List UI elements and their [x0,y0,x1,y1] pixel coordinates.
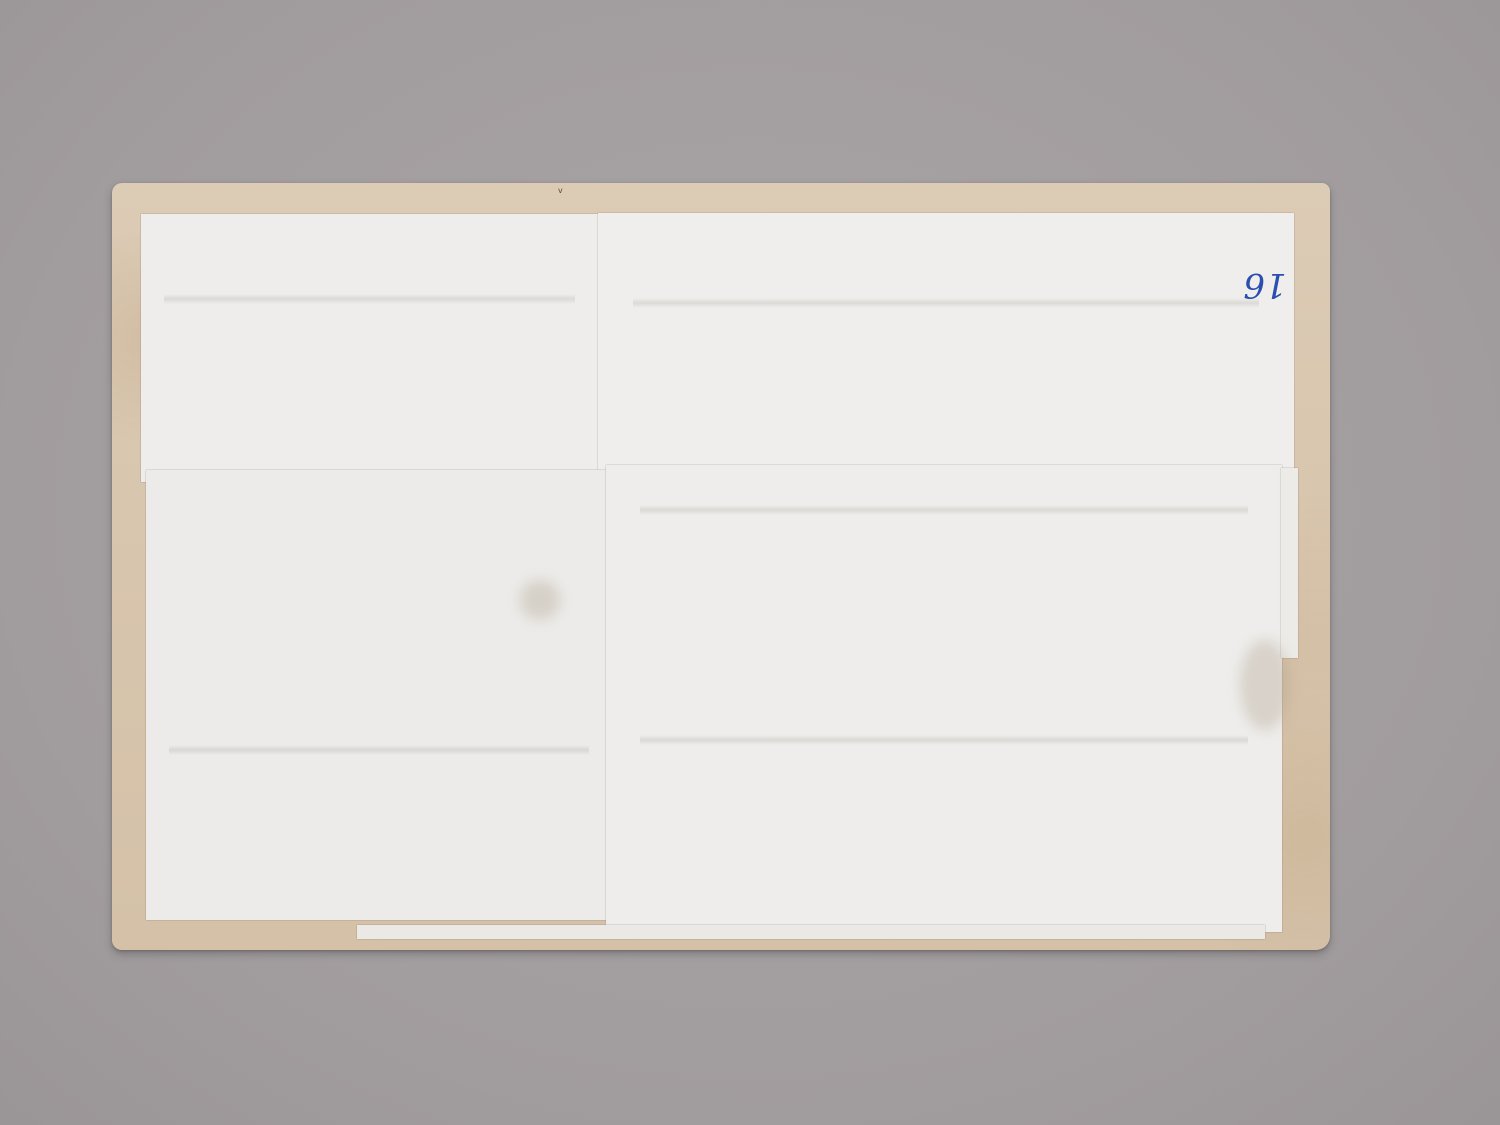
paper-piece-top-right [598,213,1294,483]
handwritten-number: 16 [1240,255,1290,315]
paper-crease [169,745,588,755]
paper-crease [640,505,1248,515]
stain-mark [520,580,560,620]
pencil-mark: v [558,186,564,192]
paper-crease [640,735,1248,745]
paper-strip-bottom [357,925,1265,939]
paper-crease [164,294,575,304]
paper-piece-bottom-left [146,470,612,920]
paper-strip-right [1281,468,1298,658]
paper-crease [633,298,1259,308]
stain-mark [1240,640,1290,730]
paper-piece-top-left [141,214,598,482]
paper-piece-bottom-right [606,465,1282,932]
